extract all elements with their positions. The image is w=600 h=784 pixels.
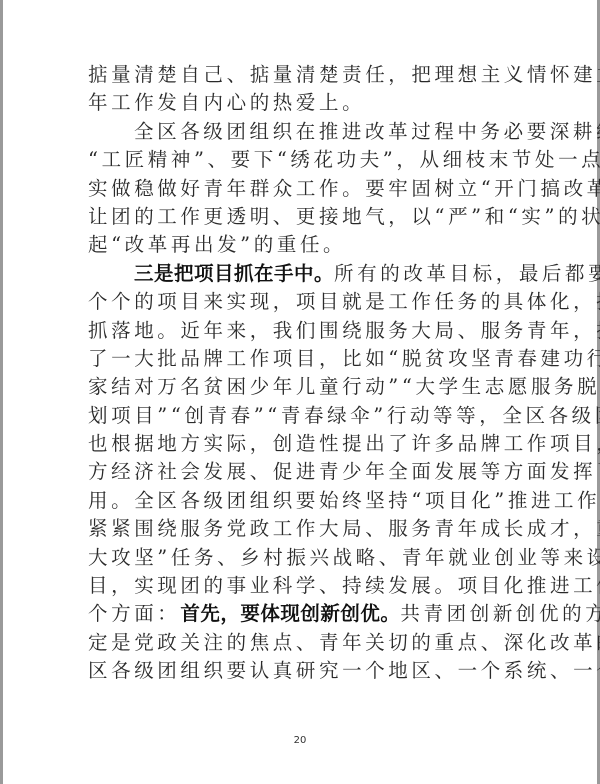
text-line: 家结对万名贫困少年儿童行动”“大学生志愿服务脱贫攻坚计 <box>88 373 512 401</box>
text-line: “工匠精神”、要下“绣花功夫”，从细枝末节处一点一滴做 <box>88 146 512 174</box>
text-line: 划项目”“创青春”“青春绿伞”行动等等，全区各级团组织 <box>88 402 512 430</box>
text-line: 区各级团组织要认真研究一个地区、一个系统、一个单位的工 <box>88 657 512 685</box>
text-line: 全区各级团组织在推进改革过程中务必要深耕细作，要有 <box>88 118 512 146</box>
text-line: 个个的项目来实现，项目就是工作任务的具体化，抓项目就是 <box>88 288 512 316</box>
text-run: 所有的改革目标，最后都要通过一 <box>334 262 600 285</box>
text-line: 用。全区各级团组织要始终坚持“项目化”推进工作的理念， <box>88 487 512 515</box>
text-run: 共青团创新创优的方向，一 <box>400 602 600 625</box>
text-line: 起“改革再出发”的重任。 <box>88 231 512 259</box>
body-text: 掂量清楚自己、掂量清楚责任，把理想主义情怀建立在对青少 年工作发自内心的热爱上。… <box>88 61 512 686</box>
text-line: 紧紧围绕服务党政工作大局、服务青年成长成才，重点围绕“三 <box>88 515 512 543</box>
text-line: 目，实现团的事业科学、持续发展。项目化推进工作要注重三 <box>88 572 512 600</box>
text-line: 实做稳做好青年群众工作。要牢固树立“开门搞改革”的意识， <box>88 175 512 203</box>
text-line: 大攻坚”任务、乡村振兴战略、青年就业创业等来设计工作项 <box>88 544 512 572</box>
text-line: 也根据地方实际，创造性提出了许多品牌工作项目，在服务地 <box>88 430 512 458</box>
page-left-border <box>0 0 3 784</box>
text-line: 个方面：首先，要体现创新创优。共青团创新创优的方向，一 <box>88 600 512 628</box>
text-line: 年工作发自内心的热爱上。 <box>88 89 512 117</box>
section-heading: 三是把项目抓在手中。 <box>134 262 334 285</box>
text-line: 抓落地。近年来，我们围绕服务大局、服务青年，探索和实践 <box>88 317 512 345</box>
text-line: 定是党政关注的焦点、青年关切的重点、深化改革的难点。全 <box>88 629 512 657</box>
text-line: 了一大批品牌工作项目，比如“脱贫攻坚青春建功行动”“万 <box>88 345 512 373</box>
text-run: 个方面： <box>88 602 180 625</box>
text-line: 让团的工作更透明、更接地气，以“严”和“实”的状态担负 <box>88 203 512 231</box>
document-page: 掂量清楚自己、掂量清楚责任，把理想主义情怀建立在对青少 年工作发自内心的热爱上。… <box>0 0 600 784</box>
page-number: 20 <box>0 735 600 746</box>
text-line: 方经济社会发展、促进青少年全面发展等方面发挥了重要作 <box>88 458 512 486</box>
text-line: 三是把项目抓在手中。所有的改革目标，最后都要通过一 <box>88 260 512 288</box>
subheading-emphasis: 首先，要体现创新创优。 <box>180 602 400 625</box>
text-line: 掂量清楚自己、掂量清楚责任，把理想主义情怀建立在对青少 <box>88 61 512 89</box>
